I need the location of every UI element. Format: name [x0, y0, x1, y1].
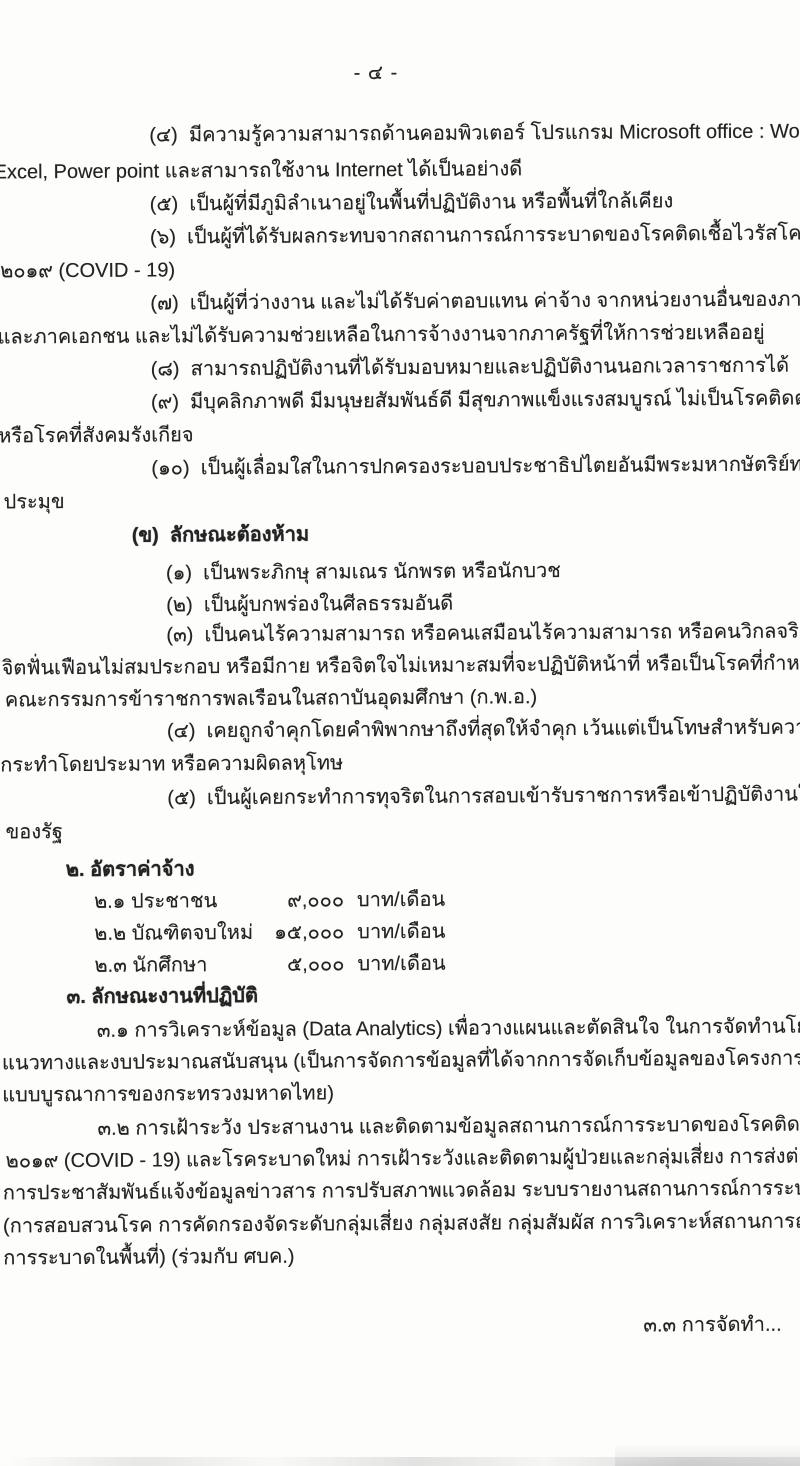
text-line: (๖) เป็นผู้ที่ได้รับผลกระทบจากสถานการณ์ก… — [150, 220, 800, 250]
text-line: (๗) เป็นผู้ที่ว่างงาน และไม่ได้รับค่าตอบ… — [150, 286, 800, 316]
scanned-document-page: - ๔ - (๔) มีความรู้ความสามารถด้านคอมพิวเ… — [0, 0, 800, 1466]
salary-row-unit: บาท/เดือน — [357, 951, 445, 978]
text-line: การระบาดในพื้นที่) (ร่วมกับ ศบค.) — [3, 1244, 294, 1272]
salary-row: ๒.๒ บัณฑิตจบใหม่ ๑๕,๐๐๐ บาท/เดือน — [1, 918, 601, 948]
salary-row-unit: บาท/เดือน — [357, 919, 445, 946]
text-line: ๒๐๑๙ (COVID - 19) — [0, 257, 175, 284]
section-heading-salary: ๒. อัตราค่าจ้าง — [66, 856, 195, 883]
text-line: (๓) เป็นคนไร้ความสามารถ หรือคนเสมือนไร้ค… — [166, 618, 800, 648]
text-line: (๕) เป็นผู้ที่มีภูมิลำเนาอยู่ในพื้นที่ปฏ… — [150, 188, 674, 217]
document-text-layer: - ๔ - (๔) มีความรู้ความสามารถด้านคอมพิวเ… — [0, 0, 800, 1466]
text-line: การประชาสัมพันธ์แจ้งข้อมูลข่าวสาร การปรั… — [3, 1175, 800, 1206]
text-line: จิตฟั่นเฟือนไม่สมประกอบ หรือมีกาย หรือจิ… — [2, 650, 800, 681]
text-line: Excel, Power point และสามารถใช้งาน Inter… — [0, 156, 522, 185]
salary-row-amount: ๑๕,๐๐๐ — [196, 919, 344, 946]
salary-row-label: ๒.๓ นักศึกษา — [94, 952, 207, 979]
continuation-marker: ๓.๓ การจัดทำ... — [643, 1312, 782, 1339]
text-line: หรือโรคที่สังคมรังเกียจ — [0, 422, 194, 449]
text-line: แนวทางและงบประมาณสนับสนุน (เป็นการจัดการ… — [2, 1045, 800, 1077]
text-line: (๙) มีบุคลิกภาพดี มีมนุษยสัมพันธ์ดี มีสุ… — [151, 385, 800, 415]
text-line: (๒) เป็นผู้บกพร่องในศีลธรรมอันดี — [166, 591, 453, 619]
text-line: (๔) เคยถูกจำคุกโดยคำพิพากษาถึงที่สุดให้จ… — [167, 714, 800, 744]
text-line: ของรัฐ — [6, 819, 63, 845]
text-line: ๓.๒ การเฝ้าระวัง ประสานงาน และติดตามข้อม… — [97, 1111, 800, 1142]
text-line: ๓.๑ การวิเคราะห์ข้อมูล (Data Analytics) … — [97, 1013, 800, 1044]
text-line: คณะกรรมการข้าราชการพลเรือนในสถาบันอุดมศึ… — [5, 684, 538, 713]
text-line: (การสอบสวนโรค การคัดกรองจัดระดับกลุ่มเสี… — [3, 1208, 800, 1239]
text-line: แบบบูรณาการของกระทรวงมหาดไทย) — [2, 1080, 334, 1108]
page-number: - ๔ - — [0, 58, 756, 89]
section-heading-prohibited: (ข) ลักษณะต้องห้าม — [132, 522, 309, 549]
salary-row: ๒.๓ นักศึกษา ๕,๐๐๐ บาท/เดือน — [1, 950, 601, 980]
text-line: (๘) สามารถปฏิบัติงานที่ได้รับมอบหมายและป… — [151, 353, 789, 383]
salary-row: ๒.๑ ประชาชน ๙,๐๐๐ บาท/เดือน — [1, 886, 601, 916]
salary-row-amount: ๙,๐๐๐ — [196, 887, 344, 914]
salary-row-amount: ๕,๐๐๐ — [196, 951, 344, 978]
section-heading-job: ๓. ลักษณะงานที่ปฏิบัติ — [67, 983, 258, 1010]
text-line: กระทำโดยประมาท หรือความผิดลหุโทษ — [0, 750, 343, 778]
text-line: (๑๐) เป็นผู้เลื่อมใสในการปกครองระบอบประช… — [151, 451, 800, 481]
text-line: ประมุข — [4, 489, 65, 515]
scan-edge-artifact — [0, 1457, 800, 1466]
text-line: (๑) เป็นพระภิกษุ สามเณร นักพรต หรือนักบว… — [166, 558, 561, 586]
text-line: (๔) มีความรู้ความสามารถด้านคอมพิวเตอร์ โ… — [149, 118, 800, 148]
text-line: ๒๐๑๙ (COVID - 19) และโรคระบาดใหม่ การเฝ้… — [6, 1143, 800, 1174]
text-line: และภาคเอกชน และไม่ได้รับความช่วยเหลือในก… — [0, 320, 765, 351]
text-line: (๕) เป็นผู้เคยกระทำการทุจริตในการสอบเข้า… — [167, 781, 800, 812]
salary-row-unit: บาท/เดือน — [357, 887, 445, 914]
